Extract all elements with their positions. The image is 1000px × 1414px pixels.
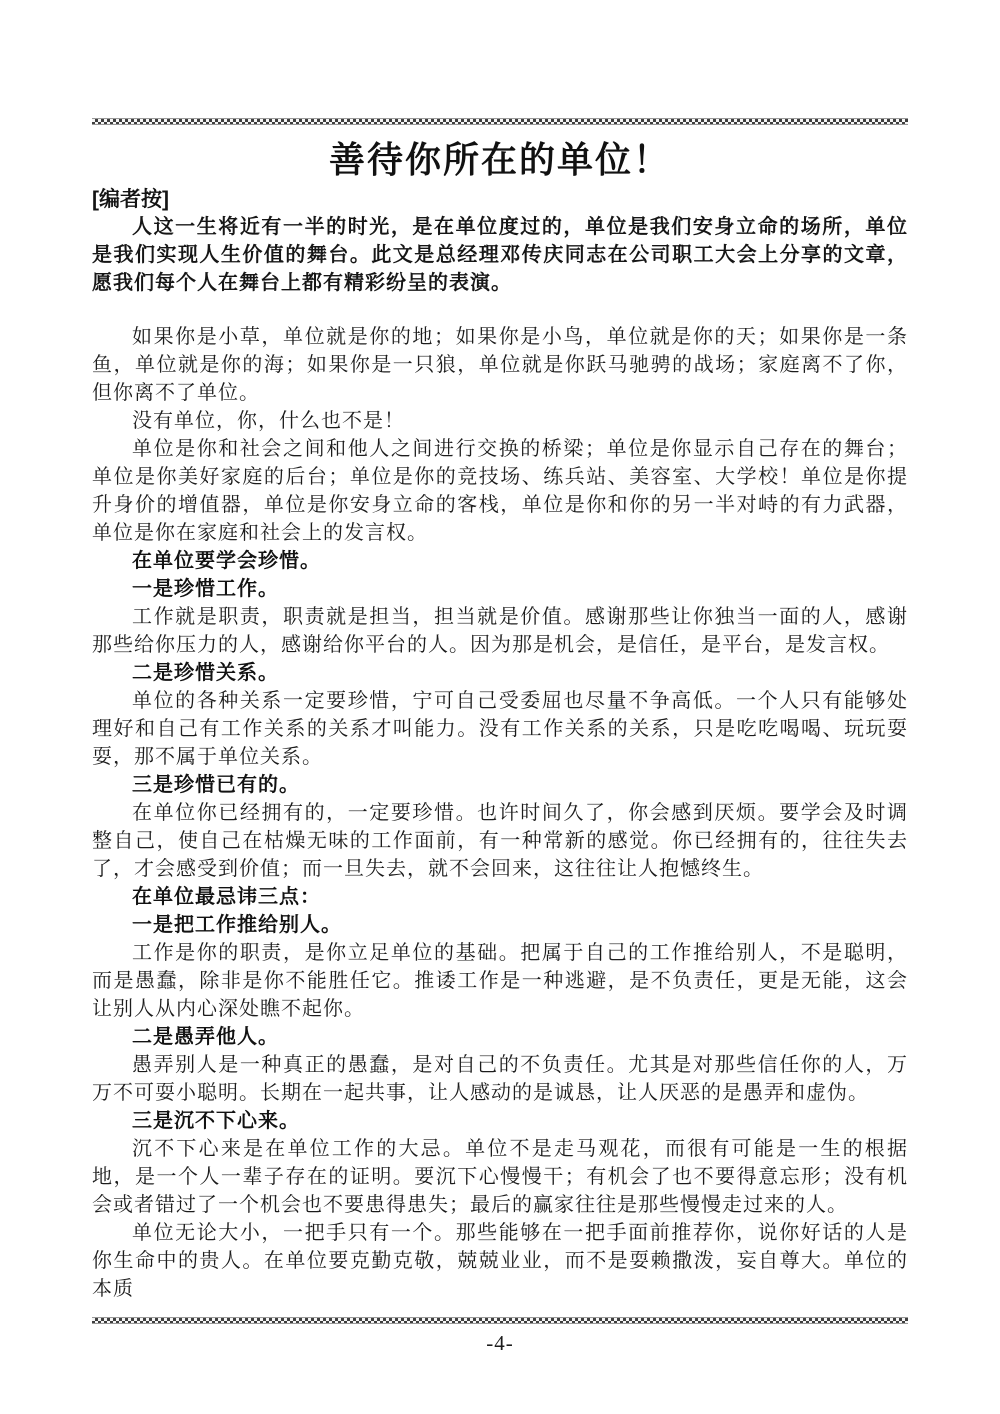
body-paragraph: 工作就是职责，职责就是担当，担当就是价值。感谢那些让你独当一面的人，感谢那些给你… bbox=[92, 603, 908, 659]
body-paragraph: 在单位你已经拥有的，一定要珍惜。也许时间久了，你会感到厌烦。要学会及时调整自己，… bbox=[92, 799, 908, 883]
body-paragraph: 如果你是小草，单位就是你的地；如果你是小鸟，单位就是你的天；如果你是一条鱼，单位… bbox=[92, 323, 908, 407]
body-paragraph: 没有单位，你，什么也不是！ bbox=[92, 407, 908, 435]
body-paragraph: 单位无论大小，一把手只有一个。那些能够在一把手面前推荐你，说你好话的人是你生命中… bbox=[92, 1219, 908, 1303]
bottom-rule bbox=[92, 1317, 908, 1324]
body-paragraph: 愚弄别人是一种真正的愚蠢，是对自己的不负责任。尤其是对那些信任你的人，万万不可耍… bbox=[92, 1051, 908, 1107]
editor-note-label: [编者按] bbox=[92, 187, 908, 213]
page-number: -4- bbox=[92, 1329, 908, 1357]
section-heading: 二是愚弄他人。 bbox=[92, 1023, 908, 1051]
top-rule bbox=[92, 118, 908, 125]
body-paragraph: 沉不下心来是在单位工作的大忌。单位不是走马观花，而很有可能是一生的根据地，是一个… bbox=[92, 1135, 908, 1219]
section-heading: 一是把工作推给别人。 bbox=[92, 911, 908, 939]
section-heading: 一是珍惜工作。 bbox=[92, 575, 908, 603]
body-paragraph: 单位是你和社会之间和他人之间进行交换的桥梁；单位是你显示自己存在的舞台；单位是你… bbox=[92, 435, 908, 547]
document-page: 善待你所在的单位！ [编者按] 人这一生将近有一半的时光，是在单位度过的，单位是… bbox=[0, 0, 1000, 1414]
page-title: 善待你所在的单位！ bbox=[92, 135, 908, 185]
editor-note-text: 人这一生将近有一半的时光，是在单位度过的，单位是我们安身立命的场所，单位是我们实… bbox=[92, 213, 908, 297]
section-heading: 三是珍惜已有的。 bbox=[92, 771, 908, 799]
section-heading: 三是沉不下心来。 bbox=[92, 1107, 908, 1135]
section-heading: 在单位要学会珍惜。 bbox=[92, 547, 908, 575]
section-heading: 二是珍惜关系。 bbox=[92, 659, 908, 687]
section-heading: 在单位最忌讳三点： bbox=[92, 883, 908, 911]
body-paragraph: 工作是你的职责，是你立足单位的基础。把属于自己的工作推给别人，不是聪明，而是愚蠢… bbox=[92, 939, 908, 1023]
body-paragraph: 单位的各种关系一定要珍惜，宁可自己受委屈也尽量不争高低。一个人只有能够处理好和自… bbox=[92, 687, 908, 771]
